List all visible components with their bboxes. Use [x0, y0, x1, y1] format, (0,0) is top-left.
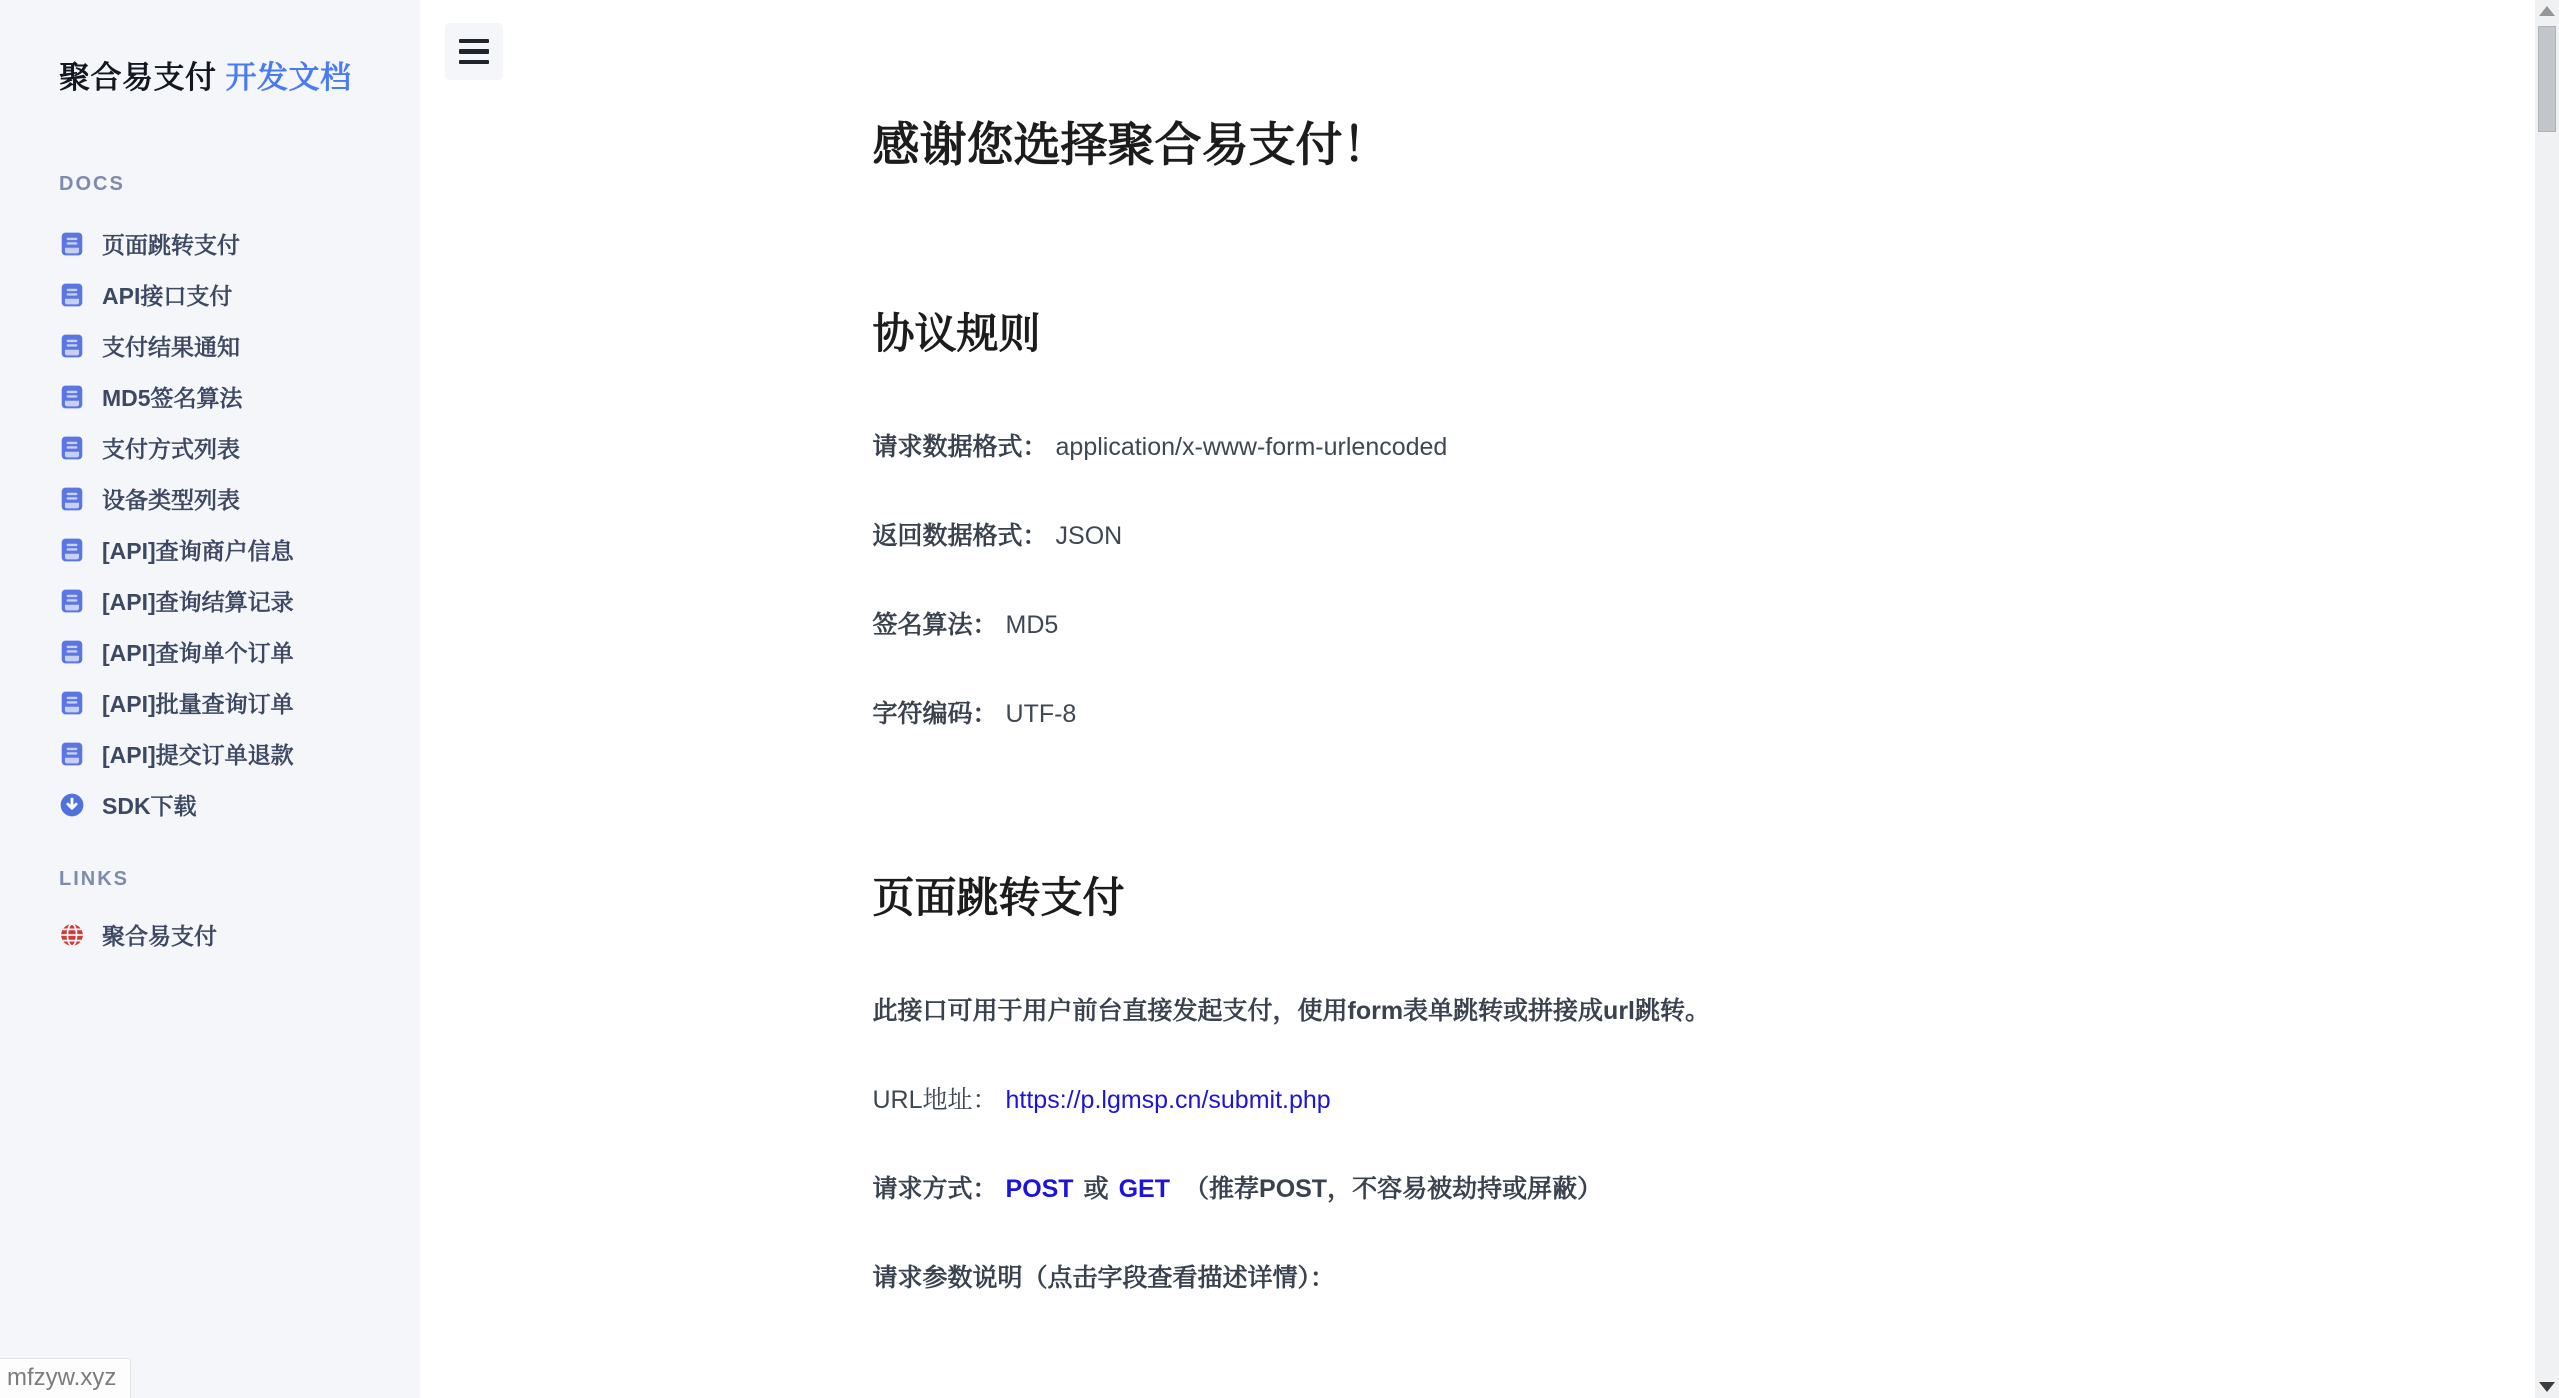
- field-value: MD5: [1006, 611, 1059, 639]
- book-icon: [59, 231, 85, 257]
- hamburger-icon: [459, 39, 489, 44]
- book-icon: [59, 384, 85, 410]
- method-note: （推荐POST，不容易被劫持或屏蔽）: [1184, 1175, 1602, 1203]
- page-title: 感谢您选择聚合易支付！: [873, 116, 2083, 174]
- sidebar-item-label: 页面跳转支付: [102, 227, 240, 260]
- sidebar-item-label: [API]查询单个订单: [102, 635, 294, 668]
- protocol-row: 请求数据格式：application/x-www-form-urlencoded: [873, 430, 2083, 465]
- book-icon: [59, 282, 85, 308]
- docs-section-header: DOCS: [59, 173, 420, 196]
- page: 聚合易支付开发文档 DOCS 页面跳转支付 API接口支付 支付结果通知 MD5…: [0, 0, 2559, 1398]
- docs-nav-list: 页面跳转支付 API接口支付 支付结果通知 MD5签名算法 支付方式列表 设备类…: [59, 218, 420, 830]
- scroll-up-arrow-icon[interactable]: [2539, 6, 2555, 16]
- sidebar-item-label: 支付方式列表: [102, 431, 240, 464]
- sidebar-item-md5-sign[interactable]: MD5签名算法: [59, 371, 420, 422]
- method-or-text: 或: [1084, 1175, 1109, 1203]
- section-title-page-jump-pay: 页面跳转支付: [873, 872, 2083, 924]
- logo-subtitle: 开发文档: [226, 60, 352, 95]
- sidebar-item-label: SDK下载: [102, 788, 197, 821]
- main-content-area: 感谢您选择聚合易支付！ 协议规则 请求数据格式：application/x-ww…: [420, 0, 2535, 1398]
- sidebar-item-label: API接口支付: [102, 278, 232, 311]
- sidebar-item-api-submit-refund[interactable]: [API]提交订单退款: [59, 728, 420, 779]
- document-body: 感谢您选择聚合易支付！ 协议规则 请求数据格式：application/x-ww…: [873, 0, 2083, 1296]
- field-value: application/x-www-form-urlencoded: [1056, 433, 1448, 461]
- book-icon: [59, 435, 85, 461]
- book-icon: [59, 741, 85, 767]
- links-section-header: LINKS: [59, 868, 420, 891]
- section-title-protocol: 协议规则: [873, 308, 2083, 360]
- sidebar-item-api-pay[interactable]: API接口支付: [59, 269, 420, 320]
- globe-icon: [59, 922, 85, 948]
- sidebar: 聚合易支付开发文档 DOCS 页面跳转支付 API接口支付 支付结果通知 MD5…: [0, 0, 420, 1398]
- scroll-down-arrow-icon[interactable]: [2539, 1382, 2555, 1392]
- field-label: 返回数据格式：: [873, 522, 1048, 550]
- params-row: 请求参数说明（点击字段查看描述详情）：: [873, 1261, 2083, 1296]
- sidebar-item-page-jump-pay[interactable]: 页面跳转支付: [59, 218, 420, 269]
- field-label: 请求数据格式：: [873, 433, 1048, 461]
- field-label: 请求方式：: [873, 1175, 998, 1203]
- book-icon: [59, 537, 85, 563]
- sidebar-item-sdk-download[interactable]: SDK下载: [59, 779, 420, 830]
- field-value: JSON: [1056, 522, 1123, 550]
- sidebar-item-api-batch-query-orders[interactable]: [API]批量查询订单: [59, 677, 420, 728]
- links-nav-list: 聚合易支付: [59, 909, 420, 960]
- sidebar-item-label: 支付结果通知: [102, 329, 240, 362]
- sidebar-item-api-query-merchant[interactable]: [API]查询商户信息: [59, 524, 420, 575]
- scrollbar-thumb[interactable]: [2538, 26, 2556, 132]
- field-label: URL地址：: [873, 1086, 998, 1114]
- post-method-link[interactable]: POST: [1006, 1175, 1074, 1203]
- book-icon: [59, 333, 85, 359]
- sidebar-item-label: 聚合易支付: [102, 918, 217, 951]
- vertical-scrollbar[interactable]: [2535, 0, 2559, 1398]
- field-label: 字符编码：: [873, 700, 998, 728]
- protocol-row: 字符编码：UTF-8: [873, 697, 2083, 732]
- sidebar-item-device-types[interactable]: 设备类型列表: [59, 473, 420, 524]
- protocol-row: 返回数据格式：JSON: [873, 519, 2083, 554]
- download-circle-icon: [59, 792, 85, 818]
- sidebar-item-label: 设备类型列表: [102, 482, 240, 515]
- book-icon: [59, 588, 85, 614]
- get-method-link[interactable]: GET: [1119, 1175, 1170, 1203]
- sidebar-item-label: MD5签名算法: [102, 380, 243, 413]
- book-icon: [59, 486, 85, 512]
- logo-title: 聚合易支付: [59, 60, 217, 95]
- sidebar-item-pay-result-notify[interactable]: 支付结果通知: [59, 320, 420, 371]
- method-row: 请求方式：POST或GET（推荐POST，不容易被劫持或屏蔽）: [873, 1172, 2083, 1207]
- field-value: UTF-8: [1006, 700, 1077, 728]
- status-bar-link-preview: mfzyw.xyz: [0, 1358, 131, 1398]
- sidebar-item-label: [API]批量查询订单: [102, 686, 294, 719]
- sidebar-item-label: [API]查询结算记录: [102, 584, 294, 617]
- sidebar-toggle-button[interactable]: [445, 23, 503, 80]
- app-logo: 聚合易支付开发文档: [59, 52, 420, 97]
- submit-url-link[interactable]: https://p.lgmsp.cn/submit.php: [1006, 1086, 1331, 1114]
- sidebar-link-juheyipay[interactable]: 聚合易支付: [59, 909, 420, 960]
- url-row: URL地址：https://p.lgmsp.cn/submit.php: [873, 1083, 2083, 1118]
- page-jump-intro: 此接口可用于用户前台直接发起支付，使用form表单跳转或拼接成url跳转。: [873, 994, 2083, 1029]
- sidebar-item-api-query-settlement[interactable]: [API]查询结算记录: [59, 575, 420, 626]
- sidebar-item-api-query-single-order[interactable]: [API]查询单个订单: [59, 626, 420, 677]
- book-icon: [59, 639, 85, 665]
- params-label: 请求参数说明（点击字段查看描述详情）：: [873, 1264, 1336, 1292]
- field-label: 签名算法：: [873, 611, 998, 639]
- book-icon: [59, 690, 85, 716]
- sidebar-item-label: [API]查询商户信息: [102, 533, 294, 566]
- protocol-row: 签名算法：MD5: [873, 608, 2083, 643]
- sidebar-item-label: [API]提交订单退款: [102, 737, 294, 770]
- sidebar-item-pay-methods[interactable]: 支付方式列表: [59, 422, 420, 473]
